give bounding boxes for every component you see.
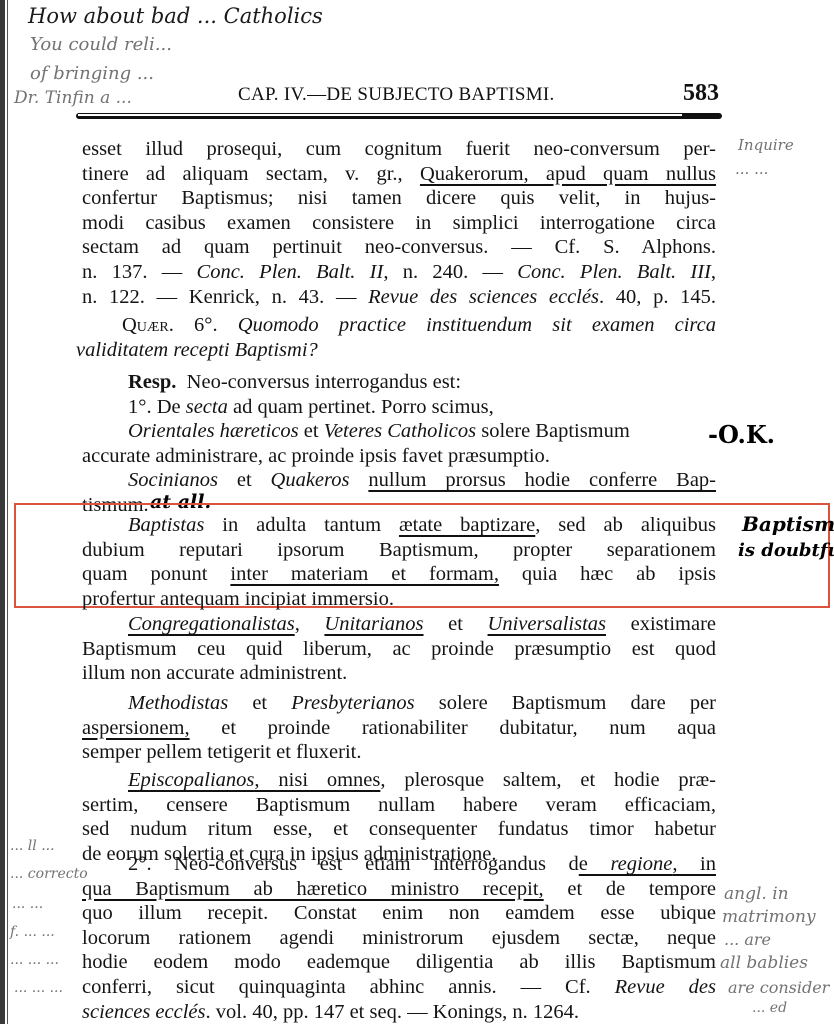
text-line: confertur Baptismus; nisi tamen dicere q… <box>82 186 716 211</box>
orientales-line: Orientales hæreticos et Veteres Catholic… <box>82 419 683 444</box>
handwritten-note-right-bottom-1: angl. in <box>724 884 789 904</box>
text-line: Baptistas in adulta tantum ætate baptiza… <box>82 513 716 538</box>
text-line: n. 137. — Conc. Plen. Balt. II, n. 240. … <box>82 260 716 285</box>
text-line: n. 122. — Kenrick, n. 43. — Revue des sc… <box>82 285 716 310</box>
text-line: Episcopalianos, nisi omnes, plerosque sa… <box>82 768 716 793</box>
question-block: Quær. 6°. Quomodo practice instituendum … <box>76 313 716 362</box>
handwritten-note-right-bottom-6: ... ed <box>752 1000 787 1016</box>
page-number: 583 <box>683 80 719 107</box>
text-line: tinere ad aliquam sectam, v. gr., Quaker… <box>82 162 716 187</box>
baptistas-paragraph: Baptistas in adulta tantum ætate baptiza… <box>82 513 716 611</box>
handwritten-note-left-bottom-1: ... ll ... <box>10 838 55 854</box>
text-line: semper pellem tetigerit et fluxerit. <box>82 740 716 765</box>
handwritten-note-left-bottom-2: ... correcto <box>10 866 88 882</box>
orientales-line-2: accurate administrare, ac proinde ipsis … <box>82 444 716 469</box>
running-head: CAP. IV.—DE SUBJECTO BAPTISMI. <box>238 84 555 106</box>
underline-annotation: nullum prorsus hodie conferre Bap- <box>368 469 716 491</box>
text-line: sectam ad quam pertinuit neo-conversus. … <box>82 235 716 260</box>
text-line: dubium reputari ipsorum Baptismum, propt… <box>82 538 716 563</box>
resp-label: Resp. <box>128 371 176 393</box>
handwritten-is-doubtful: is doubtful <box>738 540 834 561</box>
handwritten-note-right-bottom-3: ... are <box>724 930 771 949</box>
underline-annotation: ætate baptizare <box>399 514 535 536</box>
underline-annotation: qua Baptismum ab hæretico ministro recep… <box>82 878 544 900</box>
underline-annotation: Quakerorum, apud quam nullus <box>420 163 716 185</box>
text-line: Methodistas et Presbyterianos solere Bap… <box>82 691 716 716</box>
handwritten-note-left-bottom-3: ... ... <box>12 896 43 912</box>
handwritten-note-top-2: You could reli... <box>30 34 172 55</box>
question-line: Quær. 6°. Quomodo practice instituendum … <box>76 313 716 338</box>
congregationalistas-paragraph: Congregationalistas, Unitarianos et Univ… <box>82 612 716 686</box>
handwritten-note-left-bottom-5: ... ... ... <box>10 952 59 968</box>
socinianos-line: Socinianos et Quakeros nullum prorsus ho… <box>82 468 716 493</box>
handwritten-note-top-4: Dr. Tinfin a ... <box>14 88 132 108</box>
quaer-label: Quær. 6°. <box>122 314 218 336</box>
handwritten-note-right-bottom-2: matrimony <box>722 907 816 927</box>
text-line: Congregationalistas, Unitarianos et Univ… <box>82 612 716 637</box>
paragraph-continuation: esset illud prosequi, cum cognitum fueri… <box>82 137 716 309</box>
text-line: Baptismum ceu quid liberum, ac proinde p… <box>82 637 716 662</box>
point2-paragraph: 2°. Neo-conversus est etiam interrogandu… <box>82 852 716 1024</box>
text-line: illum non accurate administrent. <box>82 661 716 686</box>
handwritten-note-right-bottom-5: are consider <box>728 978 829 997</box>
window-border <box>0 0 5 1024</box>
handwritten-note-right-top-2: ... ... <box>735 160 768 178</box>
text-line: conferri, sicut quinquaginta abhinc anni… <box>82 975 716 1000</box>
text-line: sciences ecclés. vol. 40, pp. 147 et seq… <box>82 1000 716 1024</box>
handwritten-note-top-3: of bringing ... <box>30 63 154 84</box>
header-rule <box>76 113 722 119</box>
text-line: locorum rationem agendi ministrorum ejus… <box>82 926 716 951</box>
text-line: sed nudum ritum esse, et consequenter fu… <box>82 817 716 842</box>
handwritten-note-top-1: How about bad ... Catholics <box>28 4 323 28</box>
handwritten-note-left-bottom-4: f. ... ... <box>10 924 55 940</box>
text-line: esset illud prosequi, cum cognitum fueri… <box>82 137 716 162</box>
handwritten-baptism: Baptism <box>742 512 834 536</box>
text-line: qua Baptismum ab hæretico ministro recep… <box>82 877 716 902</box>
text-line: quo illum recepit. Constat enim non eamd… <box>82 901 716 926</box>
text-line: profertur antequam incipiat immersio. <box>82 587 716 612</box>
text-line: quam ponunt inter materiam et formam, qu… <box>82 562 716 587</box>
text-line: hodie eodem modo eademque diligentia ab … <box>82 950 716 975</box>
point1-line: 1°. De secta ad quam pertinet. Porro sci… <box>82 395 716 420</box>
text-line: modi casibus examen consistere in simpli… <box>82 211 716 236</box>
handwritten-note-right-top-1: Inquire <box>738 136 794 154</box>
underline-annotation: inter materiam et formam, <box>230 563 499 585</box>
question-line: validitatem recepti Baptismi? <box>76 338 716 363</box>
underline-annotation: , nisi omnes <box>254 769 380 791</box>
text-line: sertim, censere Baptismum nullam habere … <box>82 793 716 818</box>
handwritten-ok: -O.K. <box>708 420 775 449</box>
window-border-inner <box>7 0 8 1024</box>
handwritten-note-right-bottom-4: all bablies <box>720 953 808 973</box>
underline-annotation: aspersionem, <box>82 717 190 739</box>
methodistas-paragraph: Methodistas et Presbyterianos solere Bap… <box>82 691 716 765</box>
text-line: 2°. Neo-conversus est etiam interrogandu… <box>82 852 716 877</box>
text-line: aspersionem, et proinde rationabiliter d… <box>82 716 716 741</box>
handwritten-note-left-bottom-6: ... ... ... <box>14 980 63 996</box>
resp-line: Resp. Neo-conversus interrogandus est: <box>82 370 716 395</box>
